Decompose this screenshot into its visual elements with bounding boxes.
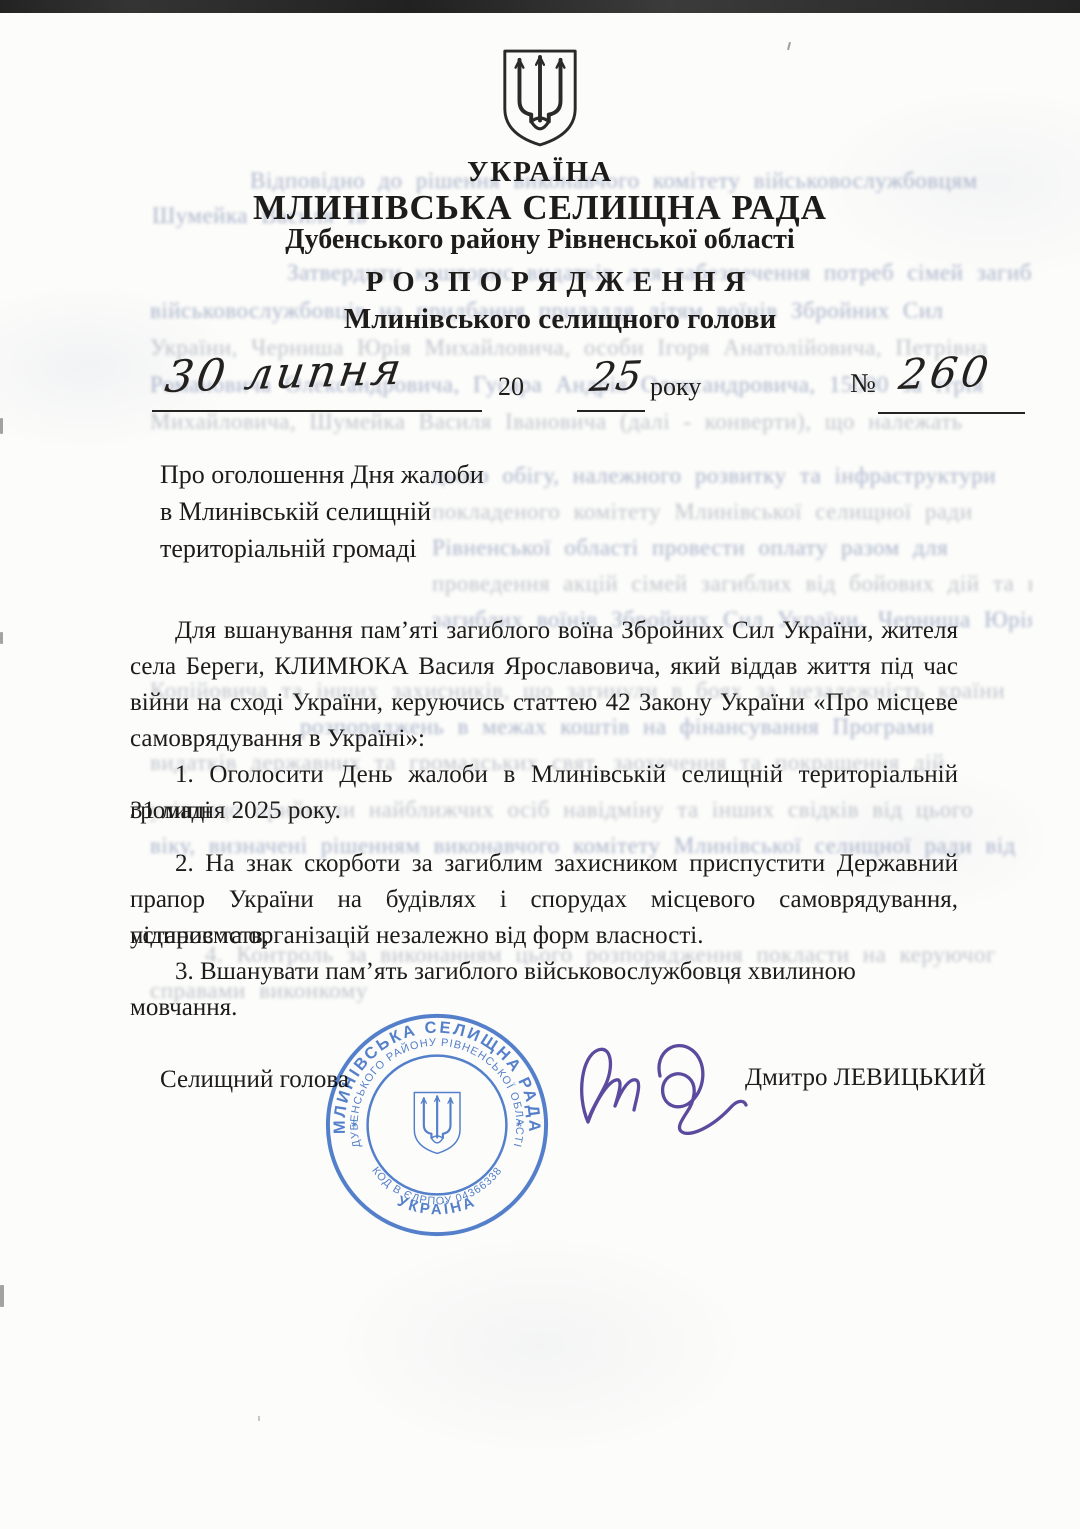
subject-line: Про оголошення Дня жалоби <box>160 456 484 493</box>
country-title: УКРАЇНА <box>0 156 1080 189</box>
year-suffix: року <box>650 372 701 402</box>
council-title: МЛИНІВСЬКА СЕЛИЩНА РАДА <box>0 188 1080 228</box>
scan-edge-mark <box>0 418 3 434</box>
bleed-through-text: проведення акцій сімей загиблих від бойо… <box>432 569 1032 599</box>
document-type-title: РОЗПОРЯДЖЕННЯ <box>20 266 1080 299</box>
ukraine-trident-emblem <box>497 46 583 150</box>
svg-text:КОД В ЄДРПОУ 04366338: КОД В ЄДРПОУ 04366338 <box>369 1165 504 1208</box>
seal-trident <box>414 1092 460 1153</box>
year-underline <box>577 410 645 412</box>
number-underline <box>878 412 1025 414</box>
bleed-through-text: покладеного комітету Млинівської селищно… <box>432 497 992 527</box>
official-round-seal: МЛИНІВСЬКА СЕЛИЩНА РАДА УКРАЇНА ДУБЕНСЬК… <box>318 1006 556 1244</box>
handwritten-date: 30 липня <box>162 344 407 403</box>
number-label: № <box>850 368 876 399</box>
bleed-through-text: цього обігу, належного розвитку та інфра… <box>432 461 1032 491</box>
bleed-through-text: Рівненської області провести оплату разо… <box>432 533 972 563</box>
seal-star-left: * <box>351 1119 357 1136</box>
handwritten-year: 25 <box>587 353 645 401</box>
date-underline <box>152 410 482 412</box>
district-subtitle: Дубенського району Рівненської області <box>0 224 1080 256</box>
scan-edge-mark <box>0 632 3 644</box>
item-2-line: установ та організацій незалежно від фор… <box>130 918 958 954</box>
scan-edge-artifact <box>0 0 1080 13</box>
subject-block: Про оголошення Дня жалоби в Млинівській … <box>160 456 484 567</box>
handwritten-signature <box>572 1030 757 1155</box>
intro-line: самоврядування в Україні»: <box>130 721 958 757</box>
subject-line: територіальній громаді <box>160 530 484 567</box>
handwritten-number: 260 <box>896 347 996 399</box>
scan-speck <box>258 1416 260 1421</box>
scan-speck <box>787 42 791 50</box>
scanned-document-page: Відповідно до рішення виконавчого коміте… <box>0 0 1080 1529</box>
subject-line: в Млинівській селищній <box>160 493 484 530</box>
seal-star-right: * <box>516 1119 522 1136</box>
signer-name: Дмитро ЛЕВИЦЬКИЙ <box>745 1064 986 1092</box>
seal-inner-ring-bottom-text: КОД В ЄДРПОУ 04366338 <box>369 1165 504 1208</box>
scan-edge-mark <box>0 1285 4 1307</box>
document-type-subtitle: Млинівського селищного голови <box>20 303 1080 336</box>
item-1-line: 31 липня 2025 року. <box>130 793 958 829</box>
year-prefix: 20 <box>498 372 524 402</box>
